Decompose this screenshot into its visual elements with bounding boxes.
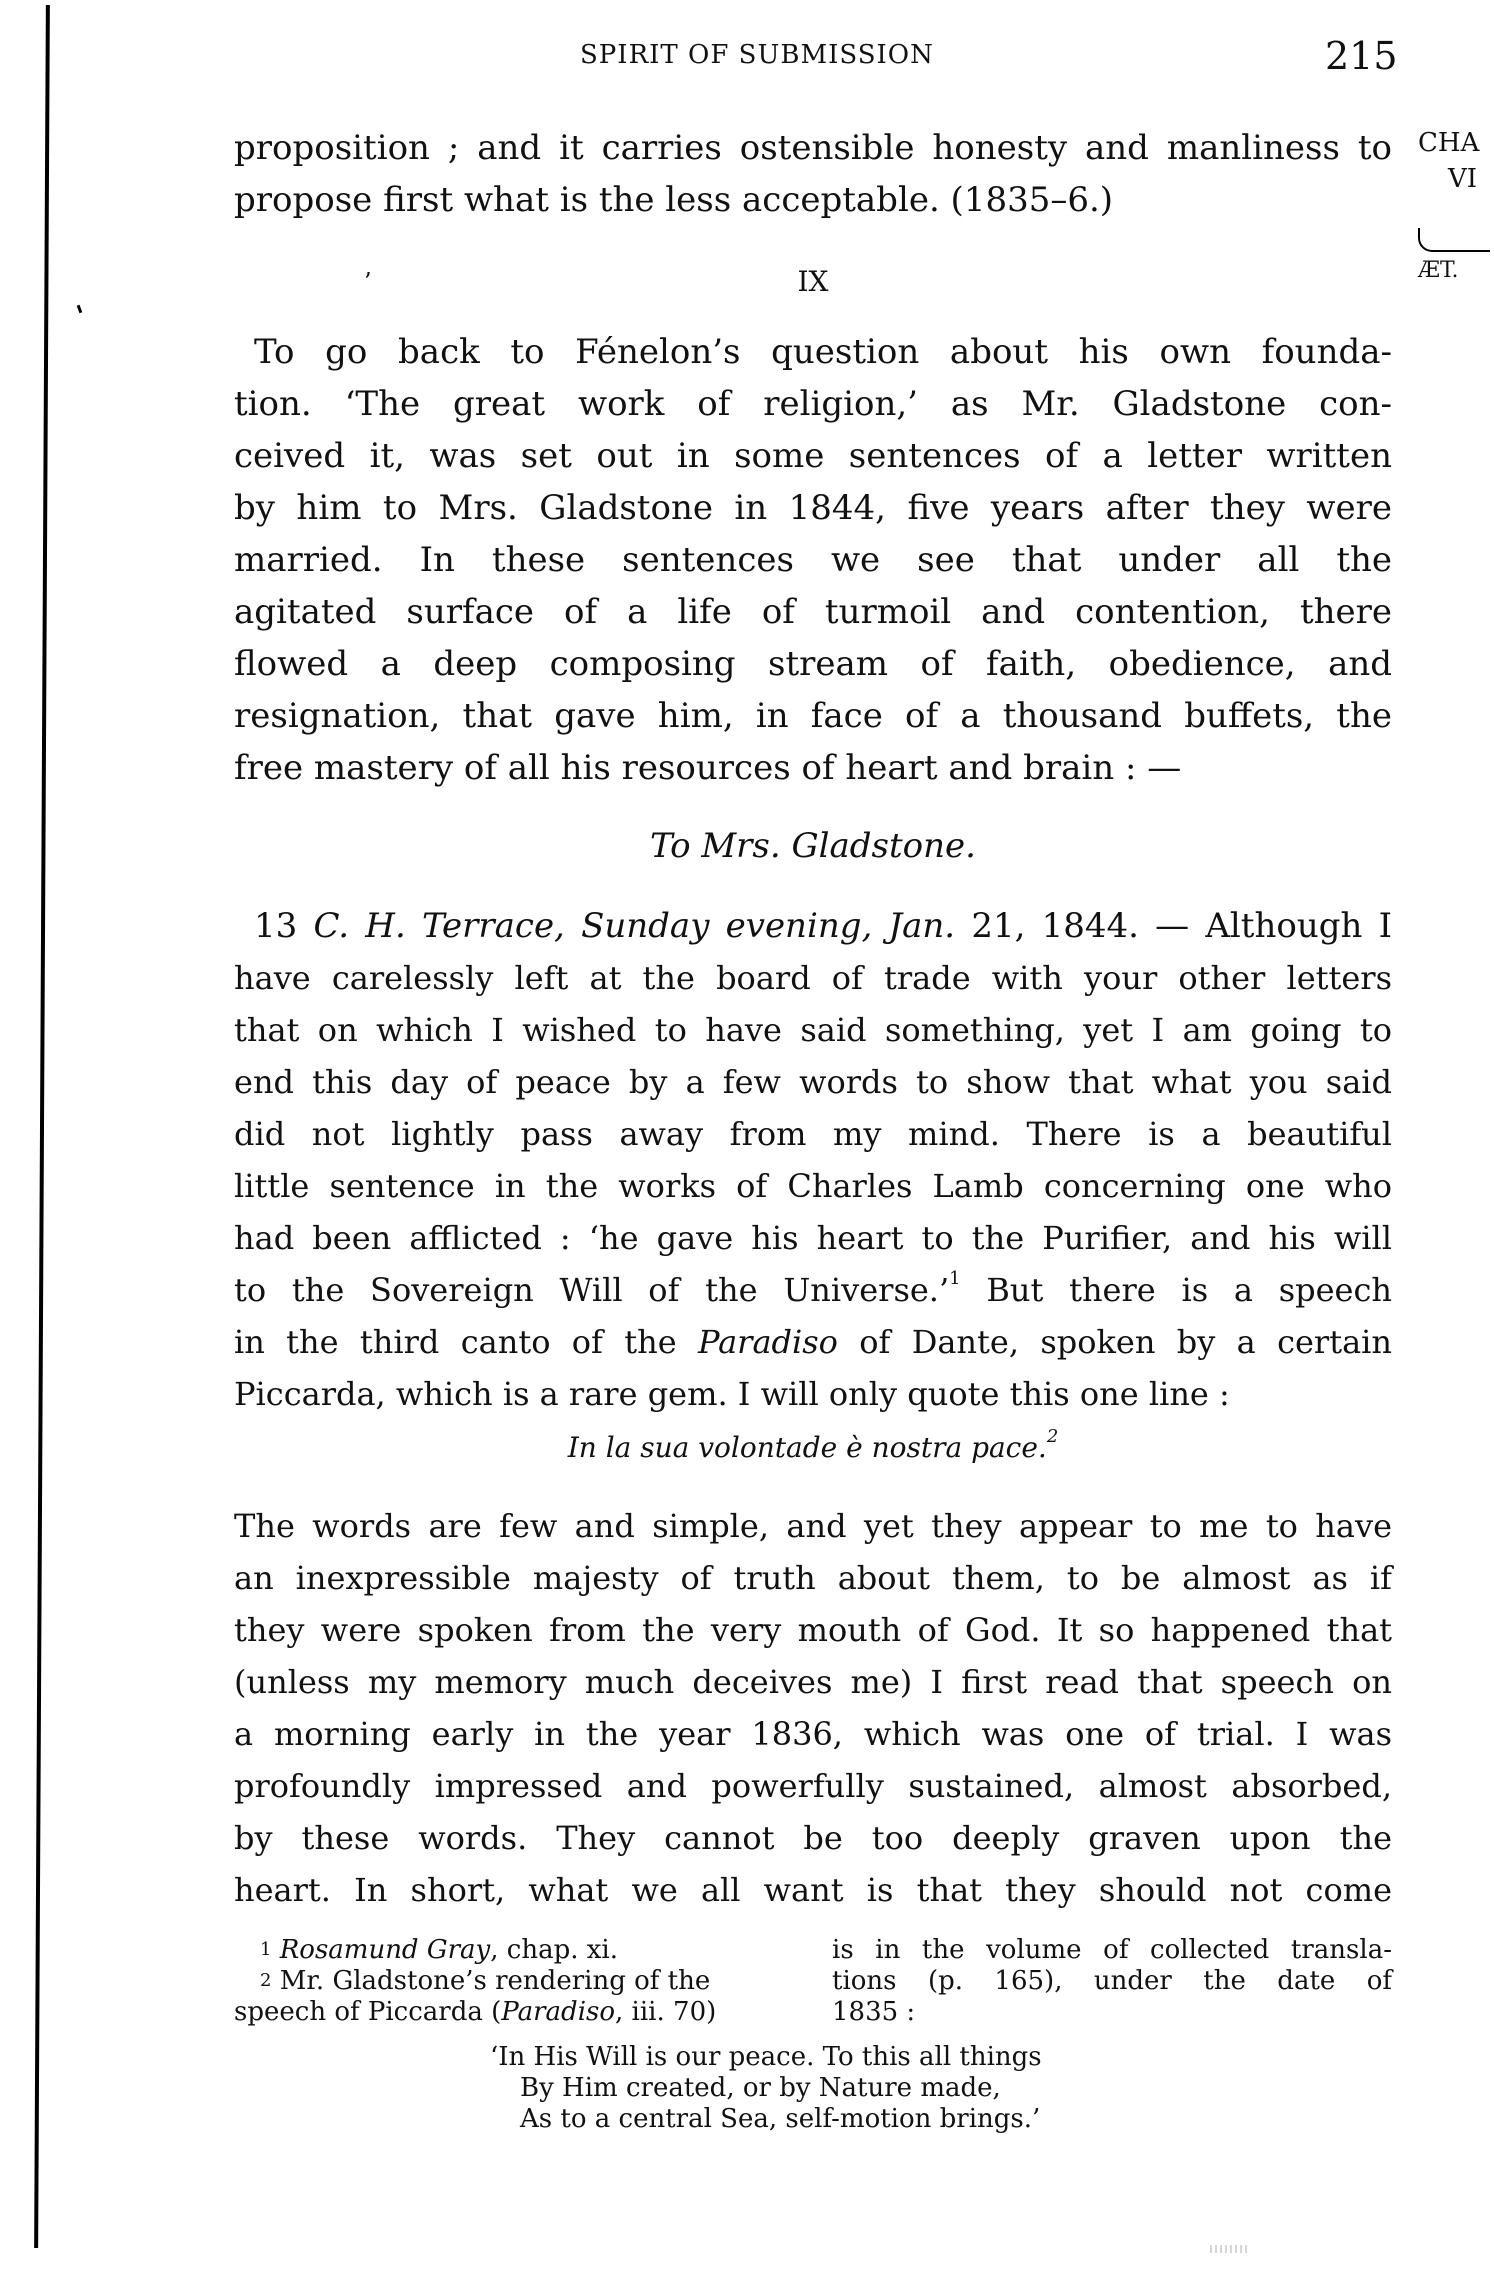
text-line: tion. ‘The great work of religion,’ as M… [234,378,1392,430]
text-line: that on which I wished to have said some… [234,1004,1392,1056]
text-line: flowed a deep composing stream of faith,… [234,638,1392,690]
page-number: 215 [1325,34,1398,78]
text-line-paradiso: in the third canto of the Paradiso of Da… [234,1316,1392,1368]
dateline-date: 21, 1844. — Although I [971,906,1392,946]
text-line: To go back to Fénelon’s question about h… [234,326,1392,378]
footnote-text-line: is in the volume of collected transla- [832,1935,1392,1966]
text-line: by these words. They cannot be too deepl… [234,1812,1392,1864]
text-line: end this day of peace by a few words to … [234,1056,1392,1108]
text-line: a morning early in the year 1836, which … [234,1708,1392,1760]
footnote-marker-1[interactable]: 1 [949,1268,960,1289]
text-fragment: to the Sovereign Will of the Universe.’ [234,1271,949,1309]
margin-note-chapter-numeral: VI [1448,164,1477,194]
footnote-2-line-1: 2 Mr. Gladstone’s rendering of the [234,1966,794,1997]
page-binding-edge [34,5,50,2248]
text-line: had been afflicted : ‘he gave his heart … [234,1212,1392,1264]
letter-addressee: To Mrs. Gladstone. [234,820,1392,872]
quote-line: In la sua volontade è nostra pace.2 [234,1422,1392,1474]
text-line: resignation, that gave him, in face of a… [234,690,1392,742]
scan-noise [1210,2245,1250,2253]
text-line: Piccarda, which is a rare gem. I will on… [234,1368,1392,1420]
text-line: have carelessly left at the board of tra… [234,952,1392,1004]
section-numeral: IX [234,265,1392,298]
text-line: heart. In short, what we all want is tha… [234,1864,1392,1916]
letter-dateline: 13 C. H. Terrace, Sunday evening, Jan. 2… [234,900,1392,952]
footnote-1-title: Rosamund Gray [280,1935,491,1965]
text-line: (unless my memory much deceives me) I fi… [234,1656,1392,1708]
text-line: married. In these sentences we see that … [234,534,1392,586]
footnote-marker-2[interactable]: 2 [1047,1426,1058,1447]
paragraph-1: To go back to Fénelon’s question about h… [234,326,1392,794]
work-title: Paradiso [501,1997,615,2027]
footnote-text-line: 1835 : [832,1997,1392,2028]
letter-addressee-block: To Mrs. Gladstone. [234,820,1392,872]
footnotes-left-column: 1 Rosamund Gray, chap. xi. 2 Mr. Gladsto… [234,1935,794,2028]
footnote-1-marker: 1 [260,1939,271,1960]
letter-body: 13 C. H. Terrace, Sunday evening, Jan. 2… [234,900,1392,1420]
text-line: by him to Mrs. Gladstone in 1844, five y… [234,482,1392,534]
text-line: proposition ; and it carries ostensible … [234,122,1392,174]
opening-lines: proposition ; and it carries ostensible … [234,122,1392,226]
text-fragment: , iii. 70) [615,1997,716,2027]
text-line: little sentence in the works of Charles … [234,1160,1392,1212]
running-head: SPIRIT OF SUBMISSION 215 [0,34,1494,84]
text-line: an inexpressible majesty of truth about … [234,1552,1392,1604]
text-line-footnote-1: to the Sovereign Will of the Universe.’1… [234,1264,1392,1316]
margin-brace [1418,228,1490,252]
quote-text: In la sua volontade è nostra pace. [568,1431,1047,1464]
text-line: ceived it, was set out in some sentences… [234,430,1392,482]
footnote-2-text: Mr. Gladstone’s rendering of the [280,1966,711,1996]
footnote-poem: ‘In His Will is our peace. To this all t… [490,2042,1042,2135]
dante-quote: In la sua volontade è nostra pace.2 [234,1422,1392,1474]
work-title: Paradiso [698,1323,838,1361]
dateline-place: C. H. Terrace, Sunday evening, Jan. [313,906,955,946]
letter-paragraph-2: The words are few and simple, and yet th… [234,1500,1392,1916]
dateline-number: 13 [254,906,297,946]
footnote-text-line: tions (p. 165), under the date of [832,1966,1392,1997]
text-fragment: in the third canto of the [234,1323,698,1361]
text-fragment: speech of Piccarda ( [234,1997,501,2027]
text-line: they were spoken from the very mouth of … [234,1604,1392,1656]
running-head-title: SPIRIT OF SUBMISSION [580,40,934,70]
poem-line: As to a central Sea, self-motion brings.… [490,2104,1042,2135]
footnote-2-marker: 2 [260,1970,271,1991]
text-line: agitated surface of a life of turmoil an… [234,586,1392,638]
margin-note-aetat: ÆT. [1418,258,1458,283]
text-line: propose first what is the less acceptabl… [234,174,1392,226]
margin-note-chapter: CHA [1418,128,1479,158]
stray-mark [77,305,83,314]
footnote-1-text: , chap. xi. [490,1935,618,1965]
footnotes-right-column: is in the volume of collected transla- t… [832,1935,1392,2028]
footnote-1: 1 Rosamund Gray, chap. xi. [234,1935,794,1966]
text-line: free mastery of all his resources of hea… [234,742,1392,794]
footnote-2-line-2: speech of Piccarda (Paradiso, iii. 70) [234,1997,794,2028]
poem-line: ‘In His Will is our peace. To this all t… [490,2042,1042,2073]
poem-line: By Him created, or by Nature made, [490,2073,1042,2104]
text-line: profoundly impressed and powerfully sust… [234,1760,1392,1812]
text-line: did not lightly pass away from my mind. … [234,1108,1392,1160]
text-fragment: of Dante, spoken by a certain [838,1323,1392,1361]
text-line: The words are few and simple, and yet th… [234,1500,1392,1552]
text-fragment: But there is a speech [961,1271,1392,1309]
